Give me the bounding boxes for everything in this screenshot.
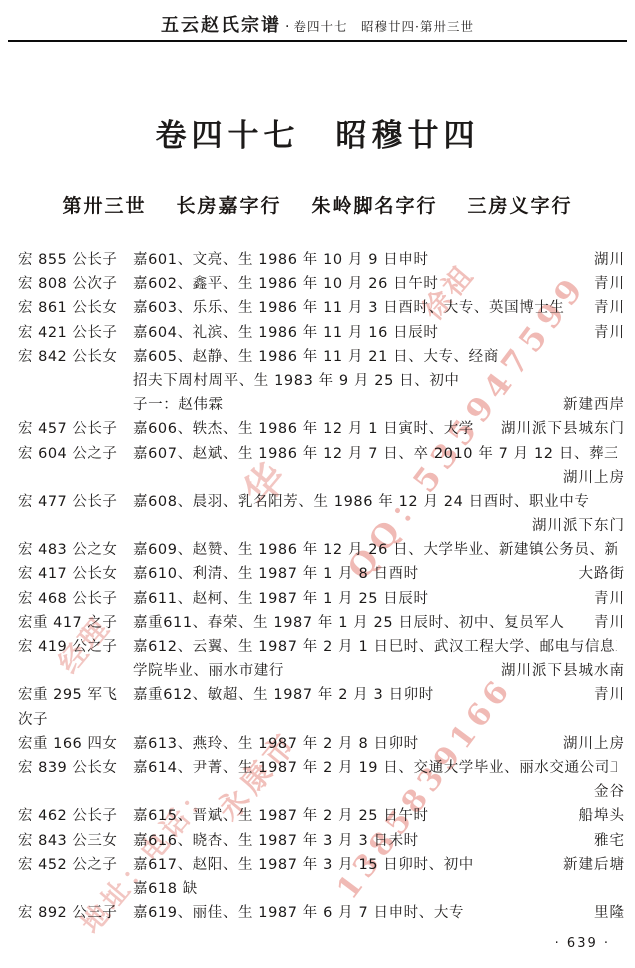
genealogy-page: QQ：5359475991385839166永康市地址：电话：经理徐祖华 五云赵… (0, 0, 635, 968)
entry-place: 雅宅 (586, 829, 625, 853)
book-title: 五云赵氏宗谱 (161, 15, 281, 36)
entry-row: 宏 892 公三子嘉619、丽佳、生 1987 年 6 月 7 日申时、大专里隆 (18, 901, 625, 925)
entry-row: 次子 (18, 708, 625, 732)
entry-text: 嘉608、晨羽、乳名阳芳、生 1986 年 12 月 24 日酉时、职业中专 (133, 490, 617, 514)
entry-label: 宏 892 公三子 (18, 901, 133, 925)
entry-row: 湖川派下东门 (18, 514, 625, 538)
entry-row: 宏 604 公之子嘉607、赵斌、生 1986 年 12 月 7 日、卒 201… (18, 442, 625, 466)
entry-place: 湖川 (586, 248, 625, 272)
entry-text: 嘉605、赵静、生 1986 年 11 月 21 日、大专、经商 (133, 345, 617, 369)
entry-row: 招夫下周村周平、生 1983 年 9 月 25 日、初中 (18, 369, 625, 393)
entry-text: 嘉重611、春荣、生 1987 年 1 月 25 日辰时、初中、复员军人 (133, 611, 586, 635)
entry-row: 宏 477 公长子嘉608、晨羽、乳名阳芳、生 1986 年 12 月 24 日… (18, 490, 625, 514)
entry-text: 嘉611、赵柯、生 1987 年 1 月 25 日辰时 (133, 587, 586, 611)
entry-label: 宏 457 公长子 (18, 417, 133, 441)
page-number: · 639 · (555, 936, 610, 951)
entry-text: 子一：赵伟霖 (133, 393, 555, 417)
entry-text: 嘉615、晋斌、生 1987 年 2 月 25 日午时 (133, 804, 571, 828)
entry-text: 嘉610、利清、生 1987 年 1 月 8 日酉时 (133, 562, 571, 586)
entry-row: 宏 419 公之子嘉612、云翼、生 1987 年 2 月 1 日巳时、武汉工程… (18, 635, 625, 659)
entry-label: 宏 861 公长女 (18, 296, 133, 320)
entry-place: 新建西岸 (555, 393, 625, 417)
entry-label: 宏 452 公之子 (18, 853, 133, 877)
entry-row: 宏 452 公之子嘉617、赵阳、生 1987 年 3 月 15 日卯时、初中新… (18, 853, 625, 877)
entry-row: 宏 421 公长子嘉604、礼滨、生 1986 年 11 月 16 日辰时青川 (18, 321, 625, 345)
entry-text: 嘉614、尹菁、生 1987 年 2 月 19 日、交通大学毕业、丽水交通公司工… (133, 756, 617, 780)
entry-row: 嘉618 缺 (18, 877, 625, 901)
running-header: 五云赵氏宗谱·卷四十七 昭穆廿四·第卅三世 (0, 11, 635, 37)
branch2-label: 朱岭脚名字行 (312, 191, 438, 218)
entry-label: 宏 483 公之女 (18, 538, 133, 562)
entry-row: 宏重 166 四女嘉613、燕玲、生 1987 年 2 月 8 日卯时湖川上房 (18, 732, 625, 756)
entry-row: 宏 417 公长女嘉610、利清、生 1987 年 1 月 8 日酉时大路街 (18, 562, 625, 586)
entry-row: 学院毕业、丽水市建行湖川派下县城水南 (18, 659, 625, 683)
header-separator: · (281, 19, 293, 35)
entry-row: 宏 808 公次子嘉602、鑫平、生 1986 年 10 月 26 日午时青川 (18, 272, 625, 296)
entry-label: 宏重 166 四女 (18, 732, 133, 756)
entry-row: 宏 843 公三女嘉616、晓杏、生 1987 年 3 月 3 日未时雅宅 (18, 829, 625, 853)
entry-row: 宏 861 公长女嘉603、乐乐、生 1986 年 11 月 3 日酉时、大专、… (18, 296, 625, 320)
entry-text: 嘉604、礼滨、生 1986 年 11 月 16 日辰时 (133, 321, 586, 345)
entry-text: 嘉重612、敏超、生 1987 年 2 月 3 日卯时 (133, 683, 586, 707)
entry-text: 嘉602、鑫平、生 1986 年 10 月 26 日午时 (133, 272, 586, 296)
entry-place: 青川 (586, 587, 625, 611)
entry-place: 青川 (586, 683, 625, 707)
entry-text: 嘉606、轶杰、生 1986 年 12 月 1 日寅时、大学 (133, 417, 493, 441)
entry-place: 湖川上房 (555, 466, 625, 490)
entry-row: 宏 855 公长子嘉601、文亮、生 1986 年 10 月 9 日申时湖川 (18, 248, 625, 272)
entry-place: 湖川派下县城水南 (493, 659, 625, 683)
volume-title: 卷四十七 昭穆廿四 (0, 110, 635, 155)
entry-label: 宏 855 公长子 (18, 248, 133, 272)
entry-row: 宏 457 公长子嘉606、轶杰、生 1986 年 12 月 1 日寅时、大学湖… (18, 417, 625, 441)
entry-row: 宏重 295 军飞嘉重612、敏超、生 1987 年 2 月 3 日卯时青川 (18, 683, 625, 707)
entry-row: 宏 483 公之女嘉609、赵赞、生 1986 年 12 月 26 日、大学毕业… (18, 538, 625, 562)
entry-label: 宏 839 公长女 (18, 756, 133, 780)
entry-row: 宏重 417 之子嘉重611、春荣、生 1987 年 1 月 25 日辰时、初中… (18, 611, 625, 635)
entry-label: 宏 419 公之子 (18, 635, 133, 659)
entry-place: 湖川派下东门 (524, 514, 625, 538)
entry-row: 金谷 (18, 780, 625, 804)
entry-place: 船埠头 (571, 804, 626, 828)
entry-text: 嘉618 缺 (133, 877, 617, 901)
entry-place: 青川 (586, 611, 625, 635)
entry-label: 宏 462 公长子 (18, 804, 133, 828)
entry-label: 宏 808 公次子 (18, 272, 133, 296)
entry-label: 宏 421 公长子 (18, 321, 133, 345)
entry-place: 大路街 (571, 562, 626, 586)
entry-text: 嘉612、云翼、生 1987 年 2 月 1 日巳时、武汉工程大学、邮电与信息工… (133, 635, 617, 659)
entry-label: 宏 477 公长子 (18, 490, 133, 514)
entry-text: 嘉609、赵赞、生 1986 年 12 月 26 日、大学毕业、新建镇公务员、新… (133, 538, 617, 562)
entry-row: 宏 462 公长子嘉615、晋斌、生 1987 年 2 月 25 日午时船埠头 (18, 804, 625, 828)
entry-label: 宏 417 公长女 (18, 562, 133, 586)
entry-text: 招夫下周村周平、生 1983 年 9 月 25 日、初中 (133, 369, 617, 393)
entry-label: 宏重 295 军飞 (18, 683, 133, 707)
entry-text: 嘉616、晓杏、生 1987 年 3 月 3 日未时 (133, 829, 586, 853)
entry-place: 青川 (586, 296, 625, 320)
entry-row: 宏 839 公长女嘉614、尹菁、生 1987 年 2 月 19 日、交通大学毕… (18, 756, 625, 780)
entry-row: 湖川上房 (18, 466, 625, 490)
entry-label: 宏 842 公长女 (18, 345, 133, 369)
entry-row: 宏 842 公长女嘉605、赵静、生 1986 年 11 月 21 日、大专、经… (18, 345, 625, 369)
branch3-label: 三房义字行 (468, 191, 573, 218)
entry-text: 学院毕业、丽水市建行 (133, 659, 493, 683)
entry-text: 嘉613、燕玲、生 1987 年 2 月 8 日卯时 (133, 732, 555, 756)
header-subtitle: 卷四十七 昭穆廿四·第卅三世 (293, 19, 473, 34)
entry-place: 金谷 (586, 780, 625, 804)
entry-place: 里隆 (586, 901, 625, 925)
entry-row: 子一：赵伟霖新建西岸 (18, 393, 625, 417)
entry-text: 嘉603、乐乐、生 1986 年 11 月 3 日酉时、大专、英国博士生 (133, 296, 586, 320)
entry-label: 次子 (18, 708, 133, 732)
entry-text: 嘉617、赵阳、生 1987 年 3 月 15 日卯时、初中 (133, 853, 555, 877)
branch1-label: 长房嘉字行 (176, 191, 281, 218)
entry-place: 湖川派下县城东门 (493, 417, 625, 441)
generation-label: 第卅三世 (62, 191, 146, 218)
entry-row: 宏 468 公长子嘉611、赵柯、生 1987 年 1 月 25 日辰时青川 (18, 587, 625, 611)
entry-label: 宏 604 公之子 (18, 442, 133, 466)
entry-place: 新建后塘 (555, 853, 625, 877)
entry-place: 青川 (586, 321, 625, 345)
entry-label: 宏重 417 之子 (18, 611, 133, 635)
entry-text: 嘉601、文亮、生 1986 年 10 月 9 日申时 (133, 248, 586, 272)
entry-list: 宏 855 公长子嘉601、文亮、生 1986 年 10 月 9 日申时湖川宏 … (18, 248, 625, 925)
section-heading: 第卅三世 长房嘉字行 朱岭脚名字行 三房义字行 (0, 191, 635, 218)
header-rule (8, 40, 627, 42)
entry-text: 嘉607、赵斌、生 1986 年 12 月 7 日、卒 2010 年 7 月 1… (133, 442, 617, 466)
entry-label: 宏 468 公长子 (18, 587, 133, 611)
entry-label: 宏 843 公三女 (18, 829, 133, 853)
entry-place: 湖川上房 (555, 732, 625, 756)
entry-text: 嘉619、丽佳、生 1987 年 6 月 7 日申时、大专 (133, 901, 586, 925)
entry-place: 青川 (586, 272, 625, 296)
